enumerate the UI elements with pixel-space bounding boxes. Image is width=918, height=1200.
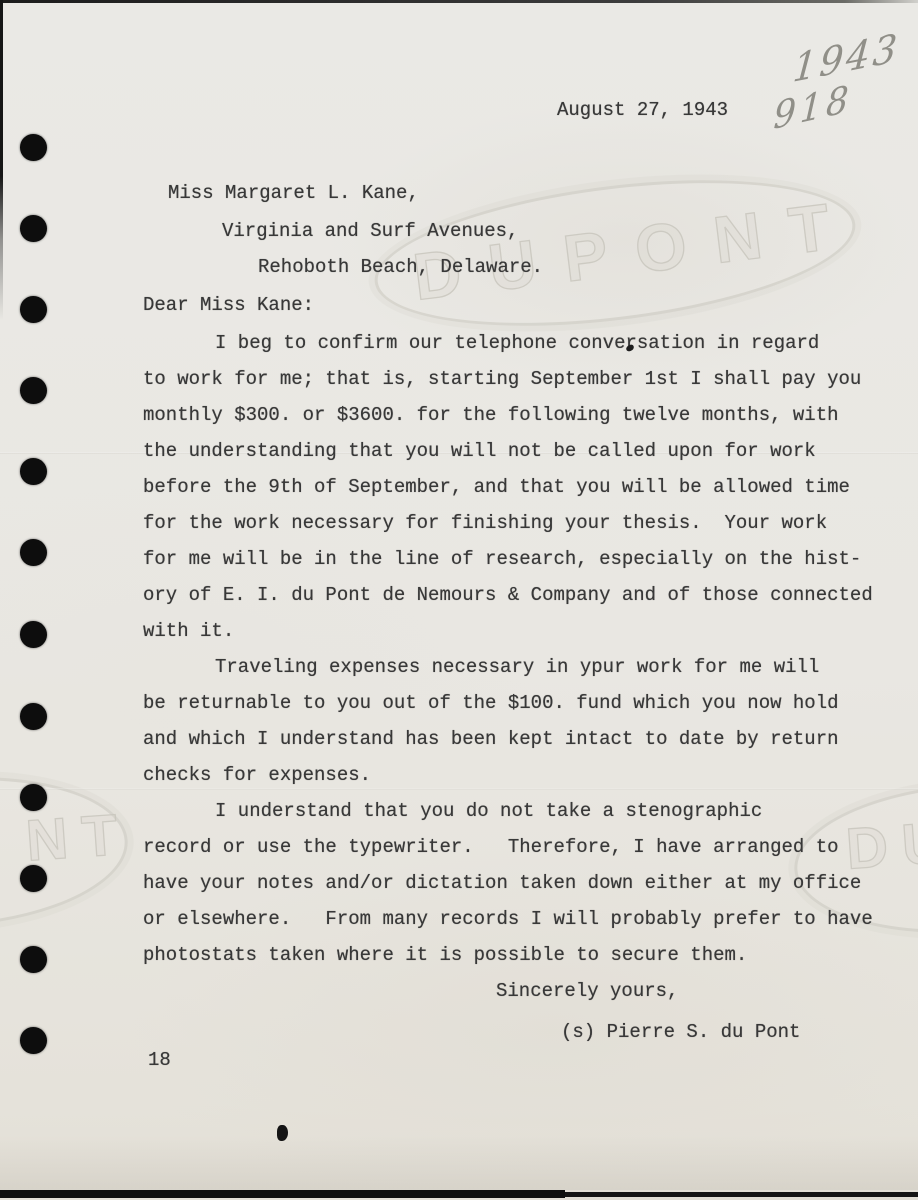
- body-line: I understand that you do not take a sten…: [143, 793, 883, 829]
- date-line: August 27, 1943: [557, 92, 728, 128]
- scan-edge-top: [0, 0, 918, 3]
- scanned-letter-page: DUPONT NT DU 1943 918 August 27, 1943 Mi…: [0, 0, 918, 1200]
- body-line: have your notes and/or dictation taken d…: [143, 865, 883, 901]
- body-line: to work for me; that is, starting Septem…: [143, 361, 883, 397]
- punch-hole: [20, 458, 47, 485]
- body-line: monthly $300. or $3600. for the followin…: [143, 397, 883, 433]
- body-line: for the work necessary for finishing you…: [143, 505, 883, 541]
- body-line: record or use the typewriter. Therefore,…: [143, 829, 883, 865]
- recipient-street: Virginia and Surf Avenues,: [222, 213, 518, 249]
- body-line: ory of E. I. du Pont de Nemours & Compan…: [143, 577, 883, 613]
- body-line: with it.: [143, 613, 883, 649]
- body-line: or elsewhere. From many records I will p…: [143, 901, 883, 937]
- punch-hole: [20, 296, 47, 323]
- body-line: photostats taken where it is possible to…: [143, 937, 883, 973]
- body-line: Traveling expenses necessary in ypur wor…: [143, 649, 883, 685]
- punch-hole: [20, 134, 47, 161]
- punch-hole: [20, 1027, 47, 1054]
- page-curl-shadow: [0, 1136, 918, 1190]
- punch-hole: [20, 784, 47, 811]
- scan-edge-bottom-dark-segment: [0, 1190, 565, 1198]
- recipient-name: Miss Margaret L. Kane,: [168, 175, 419, 211]
- dupont-watermark-text-left-fragment: NT: [24, 800, 134, 874]
- salutation: Dear Miss Kane:: [143, 287, 314, 323]
- scan-edge-left: [0, 0, 3, 320]
- punch-hole: [20, 621, 47, 648]
- punch-hole: [20, 539, 47, 566]
- punch-hole: [20, 865, 47, 892]
- punch-hole: [20, 377, 47, 404]
- page-number: 18: [148, 1042, 171, 1078]
- body-line: be returnable to you out of the $100. fu…: [143, 685, 883, 721]
- recipient-city: Rehoboth Beach, Delaware.: [258, 249, 543, 285]
- body-line: before the 9th of September, and that yo…: [143, 469, 883, 505]
- handwritten-archive-annotation: 1943 918: [772, 36, 901, 123]
- punch-hole: [20, 215, 47, 242]
- valediction: Sincerely yours,: [496, 973, 678, 1009]
- letter-body: I beg to confirm our telephone conversat…: [143, 325, 883, 973]
- punch-hole: [20, 703, 47, 730]
- punch-hole: [20, 946, 47, 973]
- body-line: for me will be in the line of research, …: [143, 541, 883, 577]
- body-line: checks for expenses.: [143, 757, 883, 793]
- signature-line: (s) Pierre S. du Pont: [561, 1014, 800, 1050]
- body-line: the understanding that you will not be c…: [143, 433, 883, 469]
- body-line: I beg to confirm our telephone conversat…: [143, 325, 883, 361]
- body-line: and which I understand has been kept int…: [143, 721, 883, 757]
